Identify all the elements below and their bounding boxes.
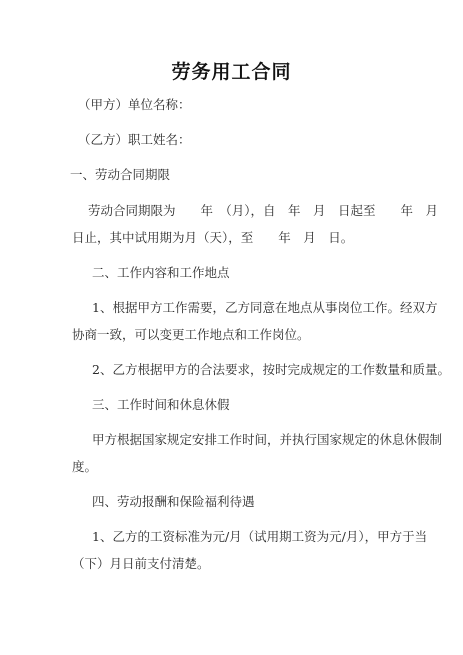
section-2-item-1-line-2: 协商一致，可以变更工作地点和工作岗位。: [72, 327, 310, 343]
party-a-unit-name-line: （甲方）单位名称：: [78, 97, 191, 113]
section-3-paragraph-line-1: 甲方根据国家规定安排工作时间，并执行国家规定的休息休假制: [92, 432, 442, 448]
section-3-heading: 三、工作时间和休息休假: [92, 397, 230, 413]
section-2-heading: 二、工作内容和工作地点: [92, 265, 230, 281]
section-2-item-1-line-1: 1、根据甲方工作需要，乙方同意在地点从事岗位工作。经双方: [92, 300, 437, 316]
document-title: 劳务用工合同: [0, 57, 463, 84]
section-2-item-2: 2、乙方根据甲方的合法要求，按时完成规定的工作数量和质量。: [92, 362, 450, 378]
party-b-employee-name-line: （乙方）职工姓名：: [78, 132, 191, 148]
section-1-paragraph-line-2: 日止，其中试用期为月（天），至 年 月 日。: [72, 230, 353, 246]
section-4-heading: 四、劳动报酬和保险福利待遇: [92, 494, 255, 510]
section-1-heading: 一、劳动合同期限: [70, 167, 170, 183]
section-1-paragraph-line-1: 劳动合同期限为 年 （月），自 年 月 日起至 年 月: [88, 203, 438, 219]
section-3-paragraph-line-2: 度。: [72, 459, 97, 475]
section-4-item-1-line-2: （下）月日前支付清楚。: [72, 556, 210, 572]
section-4-item-1-line-1: 1、乙方的工资标准为元/月（试用期工资为元/月），甲方于当: [92, 529, 427, 545]
document-page: 劳务用工合同 （甲方）单位名称： （乙方）职工姓名： 一、劳动合同期限 劳动合同…: [0, 0, 463, 655]
